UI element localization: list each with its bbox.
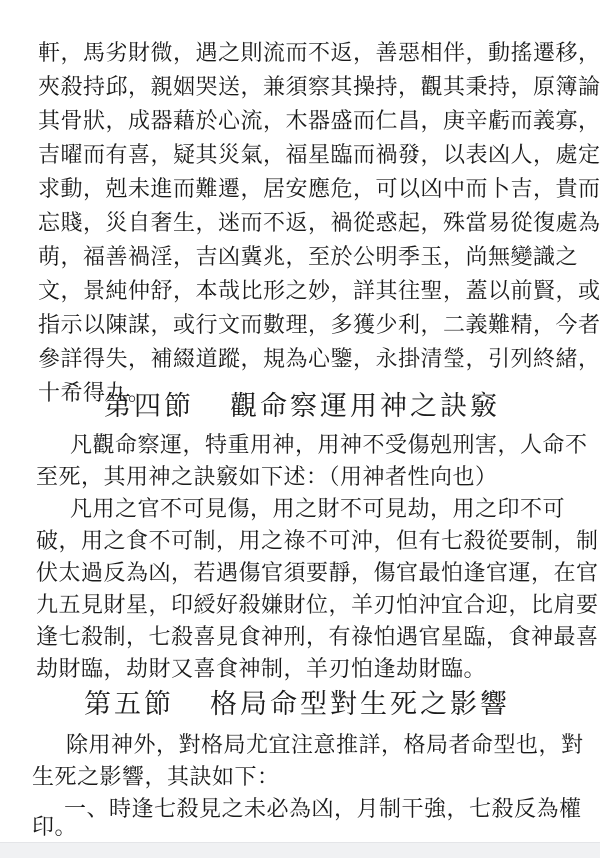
- section-4-title: 觀命察運用神之訣竅: [230, 391, 500, 422]
- text-line: 夾殺持邱，親姻哭送，兼須察其操持，觀其秉持，原簿論: [38, 74, 600, 102]
- section-5-heading: 第五節格局命型對生死之影響: [84, 688, 510, 722]
- text-line: 凡觀命察運，特重用神，用神不受傷剋刑害，人命不: [70, 432, 588, 460]
- section-5-title: 格局命型對生死之影響: [210, 689, 510, 720]
- text-line: 除用神外，對格局尤宜注意推詳，格局者命型也，對: [66, 732, 584, 760]
- text-line: 參詳得失，補綴道蹤，規為心鑒，永掛清瑩，引列終緒，: [38, 346, 600, 374]
- text-line: 伏太過反為凶，若遇傷官須要靜，傷官最怕逢官運，在官: [36, 560, 599, 588]
- section-5-number: 第五節: [84, 689, 174, 720]
- text-line: 劫財臨，劫財又喜食神制，羊刃怕逢劫財臨。: [36, 656, 486, 684]
- text-line: 破，用之食不可制，用之祿不可沖，但有七殺從要制，制: [36, 528, 599, 556]
- text-line: 求動，剋未進而難遷，居安應危，可以凶中而卜吉，貴而: [38, 176, 600, 204]
- text-line: 文，景純仲舒，本哉比形之妙，詳其往聖，蓋以前賢，或: [38, 278, 600, 306]
- viewer-bottom-strip: [0, 842, 600, 858]
- text-line: 至死，其用神之訣竅如下述：（用神者性向也）: [36, 464, 498, 492]
- text-line: 凡用之官不可見傷，用之財不可見劫，用之印不可: [70, 496, 565, 524]
- text-line: 萌，福善禍淫，吉凶冀兆，至於公明季玉，尚無變識之: [38, 244, 578, 272]
- text-line: 一、時逢七殺見之未必為凶，月制干強，七殺反為權: [64, 796, 582, 824]
- section-4-number: 第四節: [104, 391, 194, 422]
- text-line: 逢七殺制，七殺喜見食神刑，有祿怕遇官星臨，食神最喜: [36, 624, 599, 652]
- text-line: 其骨狀，成器藉於心流，木器盛而仁昌，庚辛虧而義寡，: [38, 108, 600, 136]
- text-line: 吉曜而有喜，疑其災氣，福星臨而禍發，以表凶人，處定: [38, 142, 600, 170]
- section-4-heading: 第四節觀命察運用神之訣竅: [104, 390, 500, 424]
- text-line: 指示以陳謀，或行文而數理，多獲少利，二義難精，今者: [38, 312, 600, 340]
- text-line: 生死之影響，其訣如下：: [32, 764, 280, 792]
- text-line: 九五見財星，印綬好殺嫌財位，羊刃怕沖宜合迎，比肩要: [36, 592, 599, 620]
- document-page: 軒，馬劣財微，遇之則流而不返，善惡相伴，動搖遷移， 夾殺持邱，親姻哭送，兼須察其…: [0, 0, 600, 842]
- text-line: 忘賤，災自奢生，迷而不返，禍從惑起，殊當易從復處為: [38, 210, 600, 238]
- text-line: 軒，馬劣財微，遇之則流而不返，善惡相伴，動搖遷移，: [38, 40, 600, 68]
- text-line: 印。: [32, 814, 77, 842]
